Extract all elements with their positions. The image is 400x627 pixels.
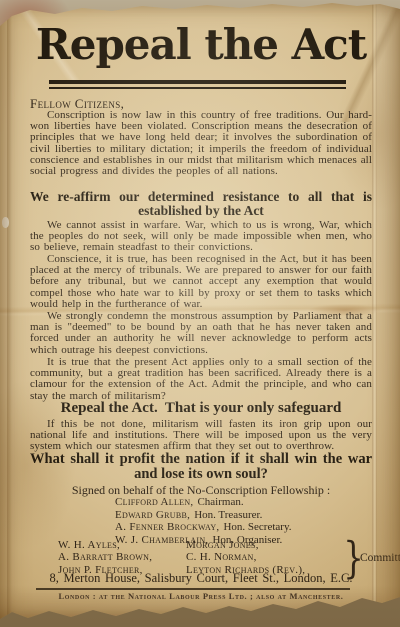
officer-name: Edward Grubb,	[115, 509, 190, 521]
title-double-rule	[49, 80, 346, 89]
heading-reaffirm-resistance: We re-affirm our determined resistance t…	[30, 190, 372, 218]
body-paragraph-conscription: Conscription is now law in this country …	[30, 110, 372, 177]
officer-role: Chairman.	[197, 496, 243, 508]
rule-line-thin	[49, 87, 346, 90]
imprint-rule	[36, 588, 350, 590]
address-line: 8, Merton House, Salisbury Court, Fleet …	[30, 571, 372, 586]
rule-line-thick	[49, 80, 346, 84]
committee-member: W. H. Ayles,	[58, 540, 186, 551]
poster-title: Repeal the Act	[30, 22, 372, 68]
heading-repeal-safeguard: Repeal the Act. That is your only safegu…	[30, 401, 372, 416]
body-paragraph-iron-grip: If this be not done, militarism will fas…	[30, 419, 372, 453]
committee-member: Morgan Jones,	[186, 540, 342, 551]
printer-imprint-line: London : at the National Labour Press Lt…	[30, 591, 372, 601]
committee-label: Committee	[358, 553, 400, 564]
heading-profit-nation: What shall it profit the nation if it sh…	[30, 452, 372, 482]
officer-role: Hon. Treasurer.	[194, 509, 262, 521]
paper-chip-mark	[2, 217, 9, 228]
officer-row: Edward Grubb,Hon. Treasurer.	[115, 510, 372, 521]
officer-name: Clifford Allen,	[115, 496, 193, 508]
officer-role: Hon. Secretary.	[223, 521, 291, 533]
scanned-leaflet-photo: Repeal the Act Fellow Citizens, Conscrip…	[0, 0, 400, 627]
body-paragraph-condemn: We strongly condemn the monstrous assump…	[30, 311, 372, 356]
body-paragraph-warfare: We cannot assist in warfare. War, which …	[30, 220, 372, 254]
officer-row: A. Fenner Brockway,Hon. Secretary.	[115, 522, 372, 533]
officer-row: Clifford Allen,Chairman.	[115, 497, 372, 508]
officer-name: A. Fenner Brockway,	[115, 521, 219, 533]
body-paragraph-extension: It is true that the present Act applies …	[30, 357, 372, 402]
leaflet-paper: Repeal the Act Fellow Citizens, Conscrip…	[0, 0, 400, 627]
body-paragraph-conscience: Conscience, it is true, has been recogni…	[30, 254, 372, 310]
committee-member: C. H. Norman,	[186, 552, 342, 563]
committee-member: A. Barratt Brown,	[58, 552, 186, 563]
